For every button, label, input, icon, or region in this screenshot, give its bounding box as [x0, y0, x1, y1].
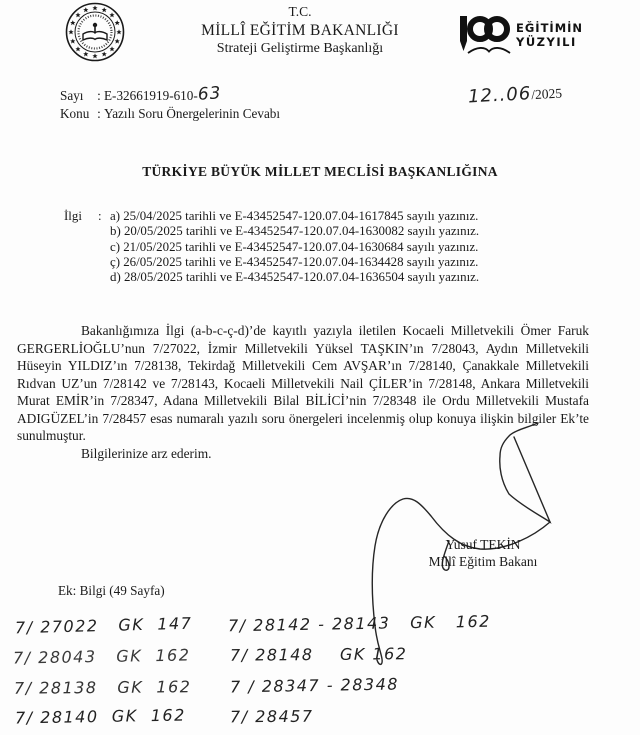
meta-block: Sayı : E-32661919-610- 63 Konu : Yazılı … [60, 88, 280, 122]
konu-row: Konu : Yazılı Soru Önergelerinin Cevabı [60, 106, 280, 122]
letterhead-tc: T.C. [165, 4, 435, 21]
ilgi-item-a: a) 25/04/2025 tarihli ve E-43452547-120.… [110, 209, 540, 224]
handwritten-note: 7/ 27022 GK 147 [15, 614, 193, 638]
open-book-icon [468, 48, 510, 53]
letterhead: T.C. MİLLÎ EĞİTİM BAKANLIĞI Strateji Gel… [165, 4, 435, 58]
ilgi-item-b: b) 20/05/2025 tarihli ve E-43452547-120.… [110, 224, 540, 239]
letterhead-ministry: MİLLÎ EĞİTİM BAKANLIĞI [165, 21, 435, 40]
document-page: T.C. MİLLÎ EĞİTİM BAKANLIĞI Strateji Gel… [0, 0, 640, 735]
konu-label: Konu [60, 106, 94, 122]
sayi-value: E-32661919-610- [104, 88, 198, 104]
handwritten-note: 7/ 28148 GK 162 [230, 644, 408, 665]
ilgi-label: İlgi [64, 209, 98, 285]
torch-book-glyph [83, 23, 107, 40]
signature-block: Yusuf TEKİN Millî Eğitim Bakanı [378, 536, 588, 570]
handwritten-note: 7/ 28043 GK 162 [13, 645, 191, 667]
signer-name: Yusuf TEKİN [378, 536, 588, 553]
konu-colon: : [94, 106, 104, 122]
handwritten-note: 7/ 28457 [230, 707, 314, 727]
closing-line: Bilgilerinize arz ederim. [17, 445, 589, 463]
ilgi-items: a) 25/04/2025 tarihli ve E-43452547-120.… [110, 209, 540, 285]
ilgi-item-d: d) 28/05/2025 tarihli ve E-43452547-120.… [110, 270, 540, 285]
infinity-00-icon [470, 19, 507, 39]
meb-emblem-icon [60, 1, 130, 63]
konu-value: Yazılı Soru Önergelerinin Cevabı [104, 106, 280, 122]
ilgi-block: İlgi : a) 25/04/2025 tarihli ve E-434525… [64, 209, 540, 285]
attachment-note: Ek: Bilgi (49 Sayfa) [58, 583, 165, 599]
signer-title: Millî Eğitim Bakanı [378, 553, 588, 570]
centenary-line2: YÜZYILI [515, 34, 577, 49]
centenary-line1: EĞİTİMİN [516, 20, 583, 35]
sayi-label: Sayı [60, 88, 94, 104]
date-printed: /2025 [531, 86, 563, 103]
letterhead-department: Strateji Geliştirme Başkanlığı [165, 40, 435, 58]
date-handwritten: 12..06 [468, 83, 532, 107]
ilgi-item-c: c) 21/05/2025 tarihli ve E-43452547-120.… [110, 240, 540, 255]
sayi-colon: : [94, 88, 104, 104]
ilgi-colon: : [98, 209, 110, 285]
date: 12..06/2025 [468, 82, 563, 108]
pencil-1-icon [460, 16, 467, 51]
addressee-heading: TÜRKİYE BÜYÜK MİLLET MECLİSİ BAŞKANLIĞIN… [0, 164, 640, 180]
ilgi-item-c2: ç) 26/05/2025 tarihli ve E-43452547-120.… [110, 255, 540, 270]
handwritten-note: 7/ 28138 GK 162 [14, 677, 192, 698]
sayi-row: Sayı : E-32661919-610- 63 [60, 88, 280, 104]
sayi-handwritten-number: 63 [197, 87, 222, 105]
handwritten-note: 7/ 28140 GK 162 [15, 706, 186, 728]
handwritten-note: 7 / 28347 - 28348 [230, 675, 399, 697]
centenary-100-logo: EĞİTİMİN YÜZYILI [452, 12, 602, 60]
letter-body: Bakanlığımıza İlgi (a-b-c-ç-d)’de kayıtl… [17, 322, 589, 462]
body-paragraph: Bakanlığımıza İlgi (a-b-c-ç-d)’de kayıtl… [17, 322, 589, 445]
handwritten-note: 7/ 28142 - 28143 GK 162 [228, 612, 491, 636]
